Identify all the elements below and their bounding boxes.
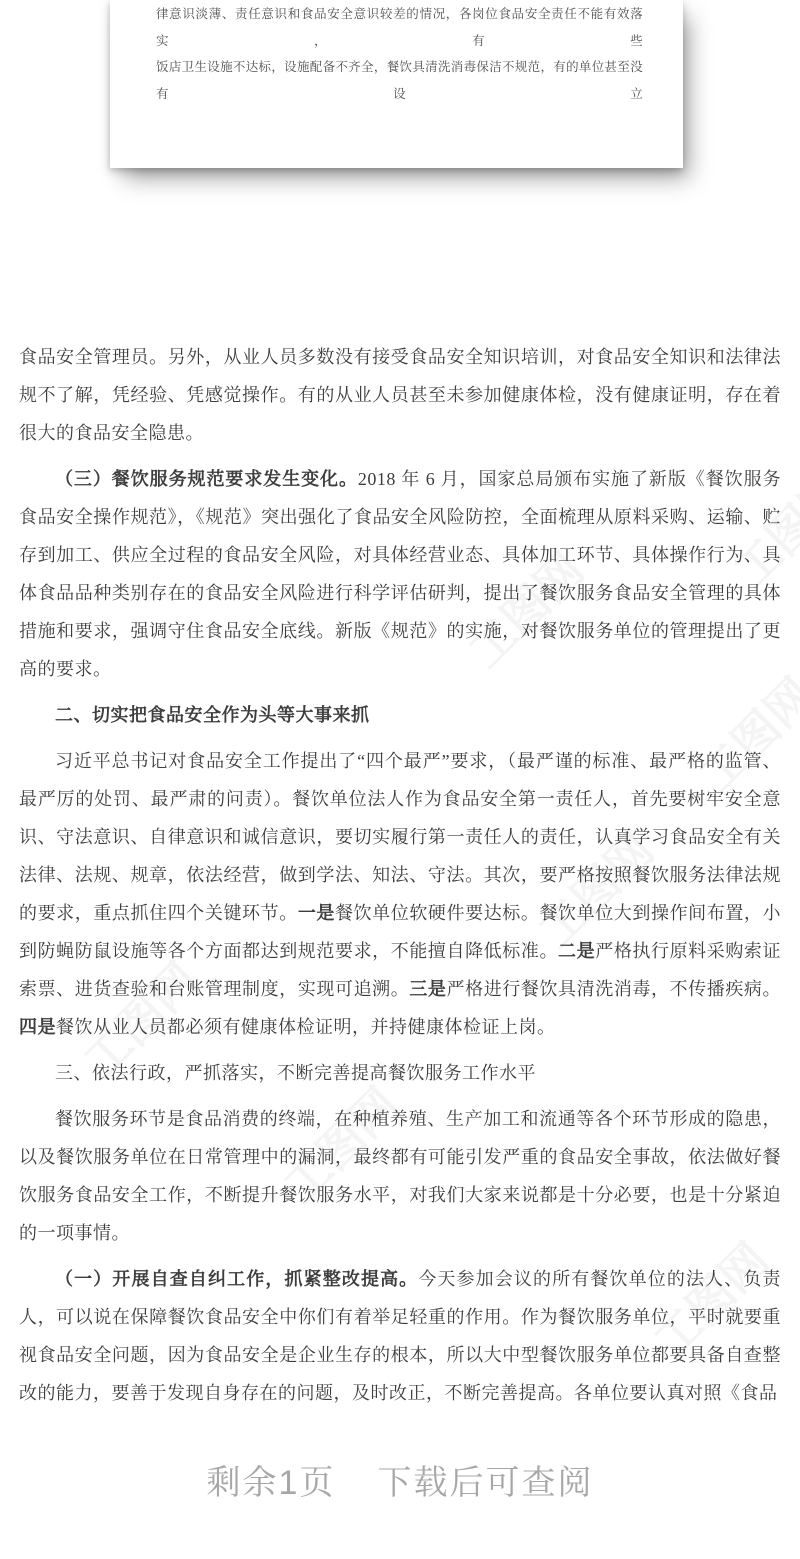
- previous-page-preview-card: 律意识淡薄、责任意识和食品安全意识较差的情况，各岗位食品安全责任不能有效落实，有…: [110, 0, 683, 168]
- paragraph: （一）开展自查自纠工作，抓紧整改提高。今天参加会议的所有餐饮单位的法人、负责人，…: [19, 1260, 781, 1412]
- paragraph: 餐饮服务环节是食品消费的终端，在种植养殖、生产加工和流通等各个环节形成的隐患，以…: [19, 1100, 781, 1252]
- paragraph: 食品安全管理员。另外，从业人员多数没有接受食品安全知识培训，对食品安全知识和法律…: [19, 338, 781, 452]
- card-line: 律意识淡薄、责任意识和食品安全意识较差的情况，各岗位食品安全责任不能有效落实，有…: [156, 1, 643, 54]
- previous-page-text: 律意识淡薄、责任意识和食品安全意识较差的情况，各岗位食品安全责任不能有效落实，有…: [110, 0, 683, 107]
- remaining-pages-text: 剩余1页: [207, 1464, 336, 1502]
- document-body: 食品安全管理员。另外，从业人员多数没有接受食品安全知识培训，对食品安全知识和法律…: [0, 338, 800, 1420]
- remaining-pages-banner: 剩余1页下载后可查阅: [0, 1455, 800, 1504]
- card-line: 饭店卫生设施不达标，设施配备不齐全，餐饮具清洗消毒保洁不规范，有的单位甚至没有设…: [156, 54, 643, 107]
- paragraph: （三）餐饮服务规范要求发生变化。2018 年 6 月，国家总局颁布实施了新版《餐…: [19, 460, 781, 688]
- download-hint-text: 下载后可查阅: [377, 1464, 593, 1502]
- document-preview-page: 律意识淡薄、责任意识和食品安全意识较差的情况，各岗位食品安全责任不能有效落实，有…: [0, 0, 800, 1559]
- section-heading: 三、依法行政，严抓落实，不断完善提高餐饮服务工作水平: [19, 1054, 781, 1092]
- paragraph: 习近平总书记对食品安全工作提出了“四个最严”要求，（最严谨的标准、最严格的监管、…: [19, 742, 781, 1046]
- section-heading: 二、切实把食品安全作为头等大事来抓: [19, 696, 781, 734]
